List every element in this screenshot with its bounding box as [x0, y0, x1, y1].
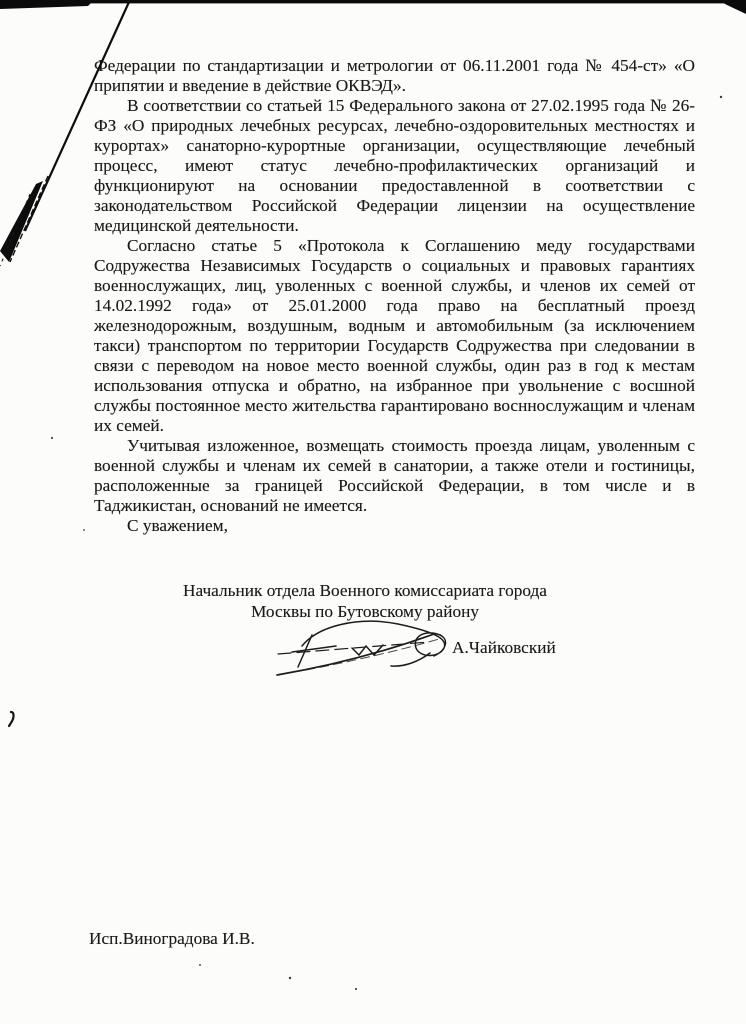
scan-speck: [289, 977, 291, 979]
scan-speck-apostrophe: [9, 712, 14, 726]
body-paragraph: В соответствии со статьей 15 Федеральног…: [94, 96, 695, 236]
document-body: Федерации по стандартизации и метрологии…: [94, 56, 695, 536]
signature-scribble: [248, 606, 458, 686]
scan-pen-mark2: [0, 194, 30, 266]
scan-pen-mark-heavy: [0, 181, 43, 262]
scan-speck: [83, 529, 85, 531]
body-paragraph: Учитывая изложенное, возмещать стоимость…: [94, 436, 695, 516]
signature-tail: [277, 634, 434, 675]
scan-speck: [720, 96, 722, 98]
signatory-title-line1: Начальник отдела Военного комиссариата г…: [150, 580, 580, 601]
scan-speck: [199, 964, 201, 966]
body-paragraph: Согласно статье 5 «Протокола к Соглашени…: [94, 236, 695, 436]
closing-salutation: С уважением,: [94, 516, 695, 536]
executor-note: Исп.Виноградова И.В.: [89, 929, 255, 949]
signatory-name: А.Чайковский: [452, 638, 556, 658]
scan-edge-top-bar: [0, 0, 746, 3]
signature-cross2: [292, 646, 336, 652]
scan-edge-top-left-wedge: [0, 0, 94, 9]
body-paragraph: Федерации по стандартизации и метрологии…: [94, 56, 695, 96]
scan-page: Федерации по стандартизации и метрологии…: [0, 0, 746, 1024]
scan-corner-top-right: [718, 0, 746, 14]
scan-speck: [51, 437, 53, 439]
scan-speck: [355, 988, 357, 990]
scan-pen-mark: [10, 176, 48, 262]
